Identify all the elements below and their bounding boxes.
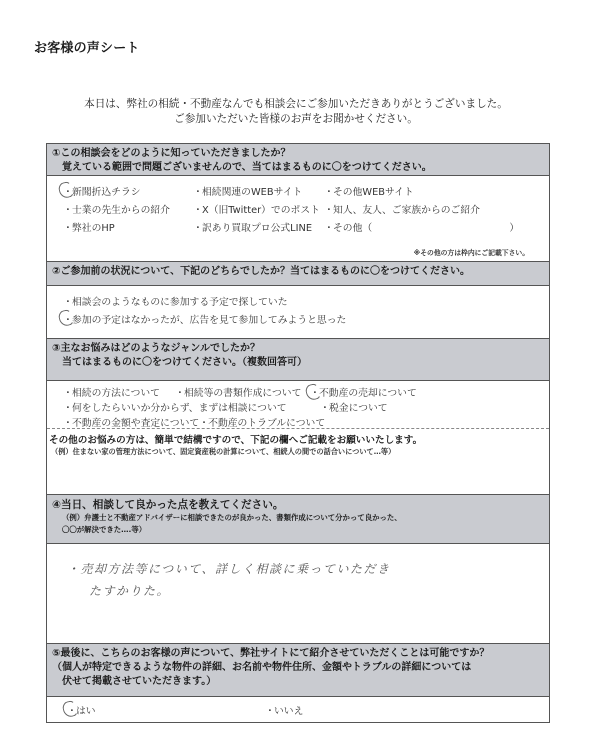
q3-question: ③主なお悩みはどのようなジャンルでしたか？ xyxy=(52,342,544,356)
q1-option-company-hp[interactable]: ・弊社のHP xyxy=(63,220,193,234)
q5-options: ・はい ・いいえ xyxy=(47,697,549,723)
q1-option-inheritance-website[interactable]: ・相続関連のWEBサイト xyxy=(193,184,324,198)
intro-line-2: ご参加いただいた皆様のお声をお聞かせください。 xyxy=(0,112,592,127)
intro-text: 本日は、弊社の相続・不動産なんでも相談会にご参加いただきありがとうございました。… xyxy=(0,97,592,127)
q3-other-example: （例）住まない家の管理方法について、固定資産税の計算について、相続人の間での話合… xyxy=(49,447,547,457)
q4-example-line-2: 〇〇が解決できた….等） xyxy=(52,524,544,536)
q4-header: ④当日、相談して良かった点を教えてください。 （例）弁護士と不動産アドバイザーに… xyxy=(47,495,549,544)
q1-options: ・新聞折込チラシ ・相続関連のWEBサイト ・その他WEBサイト ・士業の先生か… xyxy=(47,176,549,262)
q4-answer-area[interactable]: ・売却方法等について、詳しく相談に乗っていただき たすかりた。 xyxy=(47,544,549,644)
q3-other-prompt: その他のお悩みの方は、簡単で結構ですので、下記の欄へご記載をお願いいたします。 xyxy=(49,434,547,447)
q2-option-planned[interactable]: ・相談会のようなものに参加する予定で探していた xyxy=(63,294,549,312)
q1-option-other-website[interactable]: ・その他WEBサイト xyxy=(324,184,524,198)
q1-option-professional-referral[interactable]: ・士業の先生からの紹介 xyxy=(63,202,193,216)
q2-options: ・相談会のようなものに参加する予定で探していた ・参加の予定はなかったが、広告を… xyxy=(47,286,549,339)
q5-option-yes[interactable]: ・はい xyxy=(67,703,265,717)
q3-option-inheritance-method[interactable]: ・相続の方法について xyxy=(63,386,175,401)
q4-example-line-1: （例）弁護士と不動産アドバイザーに相談できたのが良かった、書類作成について分かっ… xyxy=(52,512,544,524)
q3-option-document-preparation[interactable]: ・相続等の書類作成について xyxy=(175,386,310,401)
q5-option-no[interactable]: ・いいえ xyxy=(265,703,303,717)
q4-handwritten-answer: ・売却方法等について、詳しく相談に乗っていただき たすかりた。 xyxy=(47,544,549,602)
q5-note-line-2: 伏せて掲載させていただきます。） xyxy=(52,675,544,689)
q1-option-line-official[interactable]: ・訳あり買取プロ公式LINE xyxy=(193,220,324,234)
q3-option-first-consultation[interactable]: ・何をしたらいいか分からず、まずは相談について xyxy=(63,401,320,416)
q3-option-real-estate-sale[interactable]: ・不動産の売却について xyxy=(310,386,417,401)
q1-option-x-post[interactable]: ・X（旧Twitter）でのポスト xyxy=(193,202,324,216)
q5-question: ⑤最後に、こちらのお客様の声について、弊社サイトにて紹介させていただくことは可能… xyxy=(52,647,544,661)
q1-option-newspaper-flyer[interactable]: ・新聞折込チラシ xyxy=(63,184,193,198)
q3-header: ③主なお悩みはどのようなジャンルでしたか？ 当てはまるものに〇をつけてください。… xyxy=(47,339,549,381)
q1-question: ①この相談会をどのように知っていただきましたか？ xyxy=(52,147,544,161)
q1-instruction: 覚えている範囲で問題ございませんので、当てはまるものに〇をつけてください。 xyxy=(52,161,544,175)
q1-header: ①この相談会をどのように知っていただきましたか？ 覚えている範囲で問題ございませ… xyxy=(47,144,549,176)
q3-option-real-estate-trouble[interactable]: ・不動産のトラブルについて xyxy=(199,416,325,431)
q1-option-friend-referral[interactable]: ・知人、友人、ご家族からのご紹介 xyxy=(324,202,524,216)
survey-form: ①この相談会をどのように知っていただきましたか？ 覚えている範囲で問題ございませ… xyxy=(46,143,550,723)
q5-header: ⑤最後に、こちらのお客様の声について、弊社サイトにて紹介させていただくことは可能… xyxy=(47,644,549,697)
intro-line-1: 本日は、弊社の相続・不動産なんでも相談会にご参加いただきありがとうございました。 xyxy=(0,97,592,112)
q3-option-appraisal[interactable]: ・不動産の金額や査定について xyxy=(63,416,199,431)
q5-note-line-1: （個人が特定できるような物件の詳細、お名前や物件住所、金額やトラブルの詳細につい… xyxy=(52,661,544,675)
q1-option-other[interactable]: ・その他（ ） xyxy=(324,220,524,234)
q3-instruction: 当てはまるものに〇をつけてください。（複数回答可） xyxy=(52,356,544,370)
q2-question: ②ご参加前の状況について、下記のどちらでしたか？当てはまるものに〇をつけてくださ… xyxy=(52,265,544,279)
q2-option-saw-ad[interactable]: ・参加の予定はなかったが、広告を見て参加してみようと思った xyxy=(63,312,549,330)
q4-question: ④当日、相談して良かった点を教えてください。 xyxy=(52,498,544,512)
page-title: お客様の声シート xyxy=(34,37,140,56)
q3-other-area[interactable]: その他のお悩みの方は、簡単で結構ですので、下記の欄へご記載をお願いいたします。 … xyxy=(47,428,549,490)
q2-header: ②ご参加前の状況について、下記のどちらでしたか？当てはまるものに〇をつけてくださ… xyxy=(47,262,549,286)
q3-options: ・相続の方法について ・相続等の書類作成について ・不動産の売却について ・何を… xyxy=(47,381,549,495)
q3-option-tax[interactable]: ・税金について xyxy=(320,401,388,416)
q1-footnote: ※その他の方は枠内にご記載下さい。 xyxy=(414,247,529,257)
